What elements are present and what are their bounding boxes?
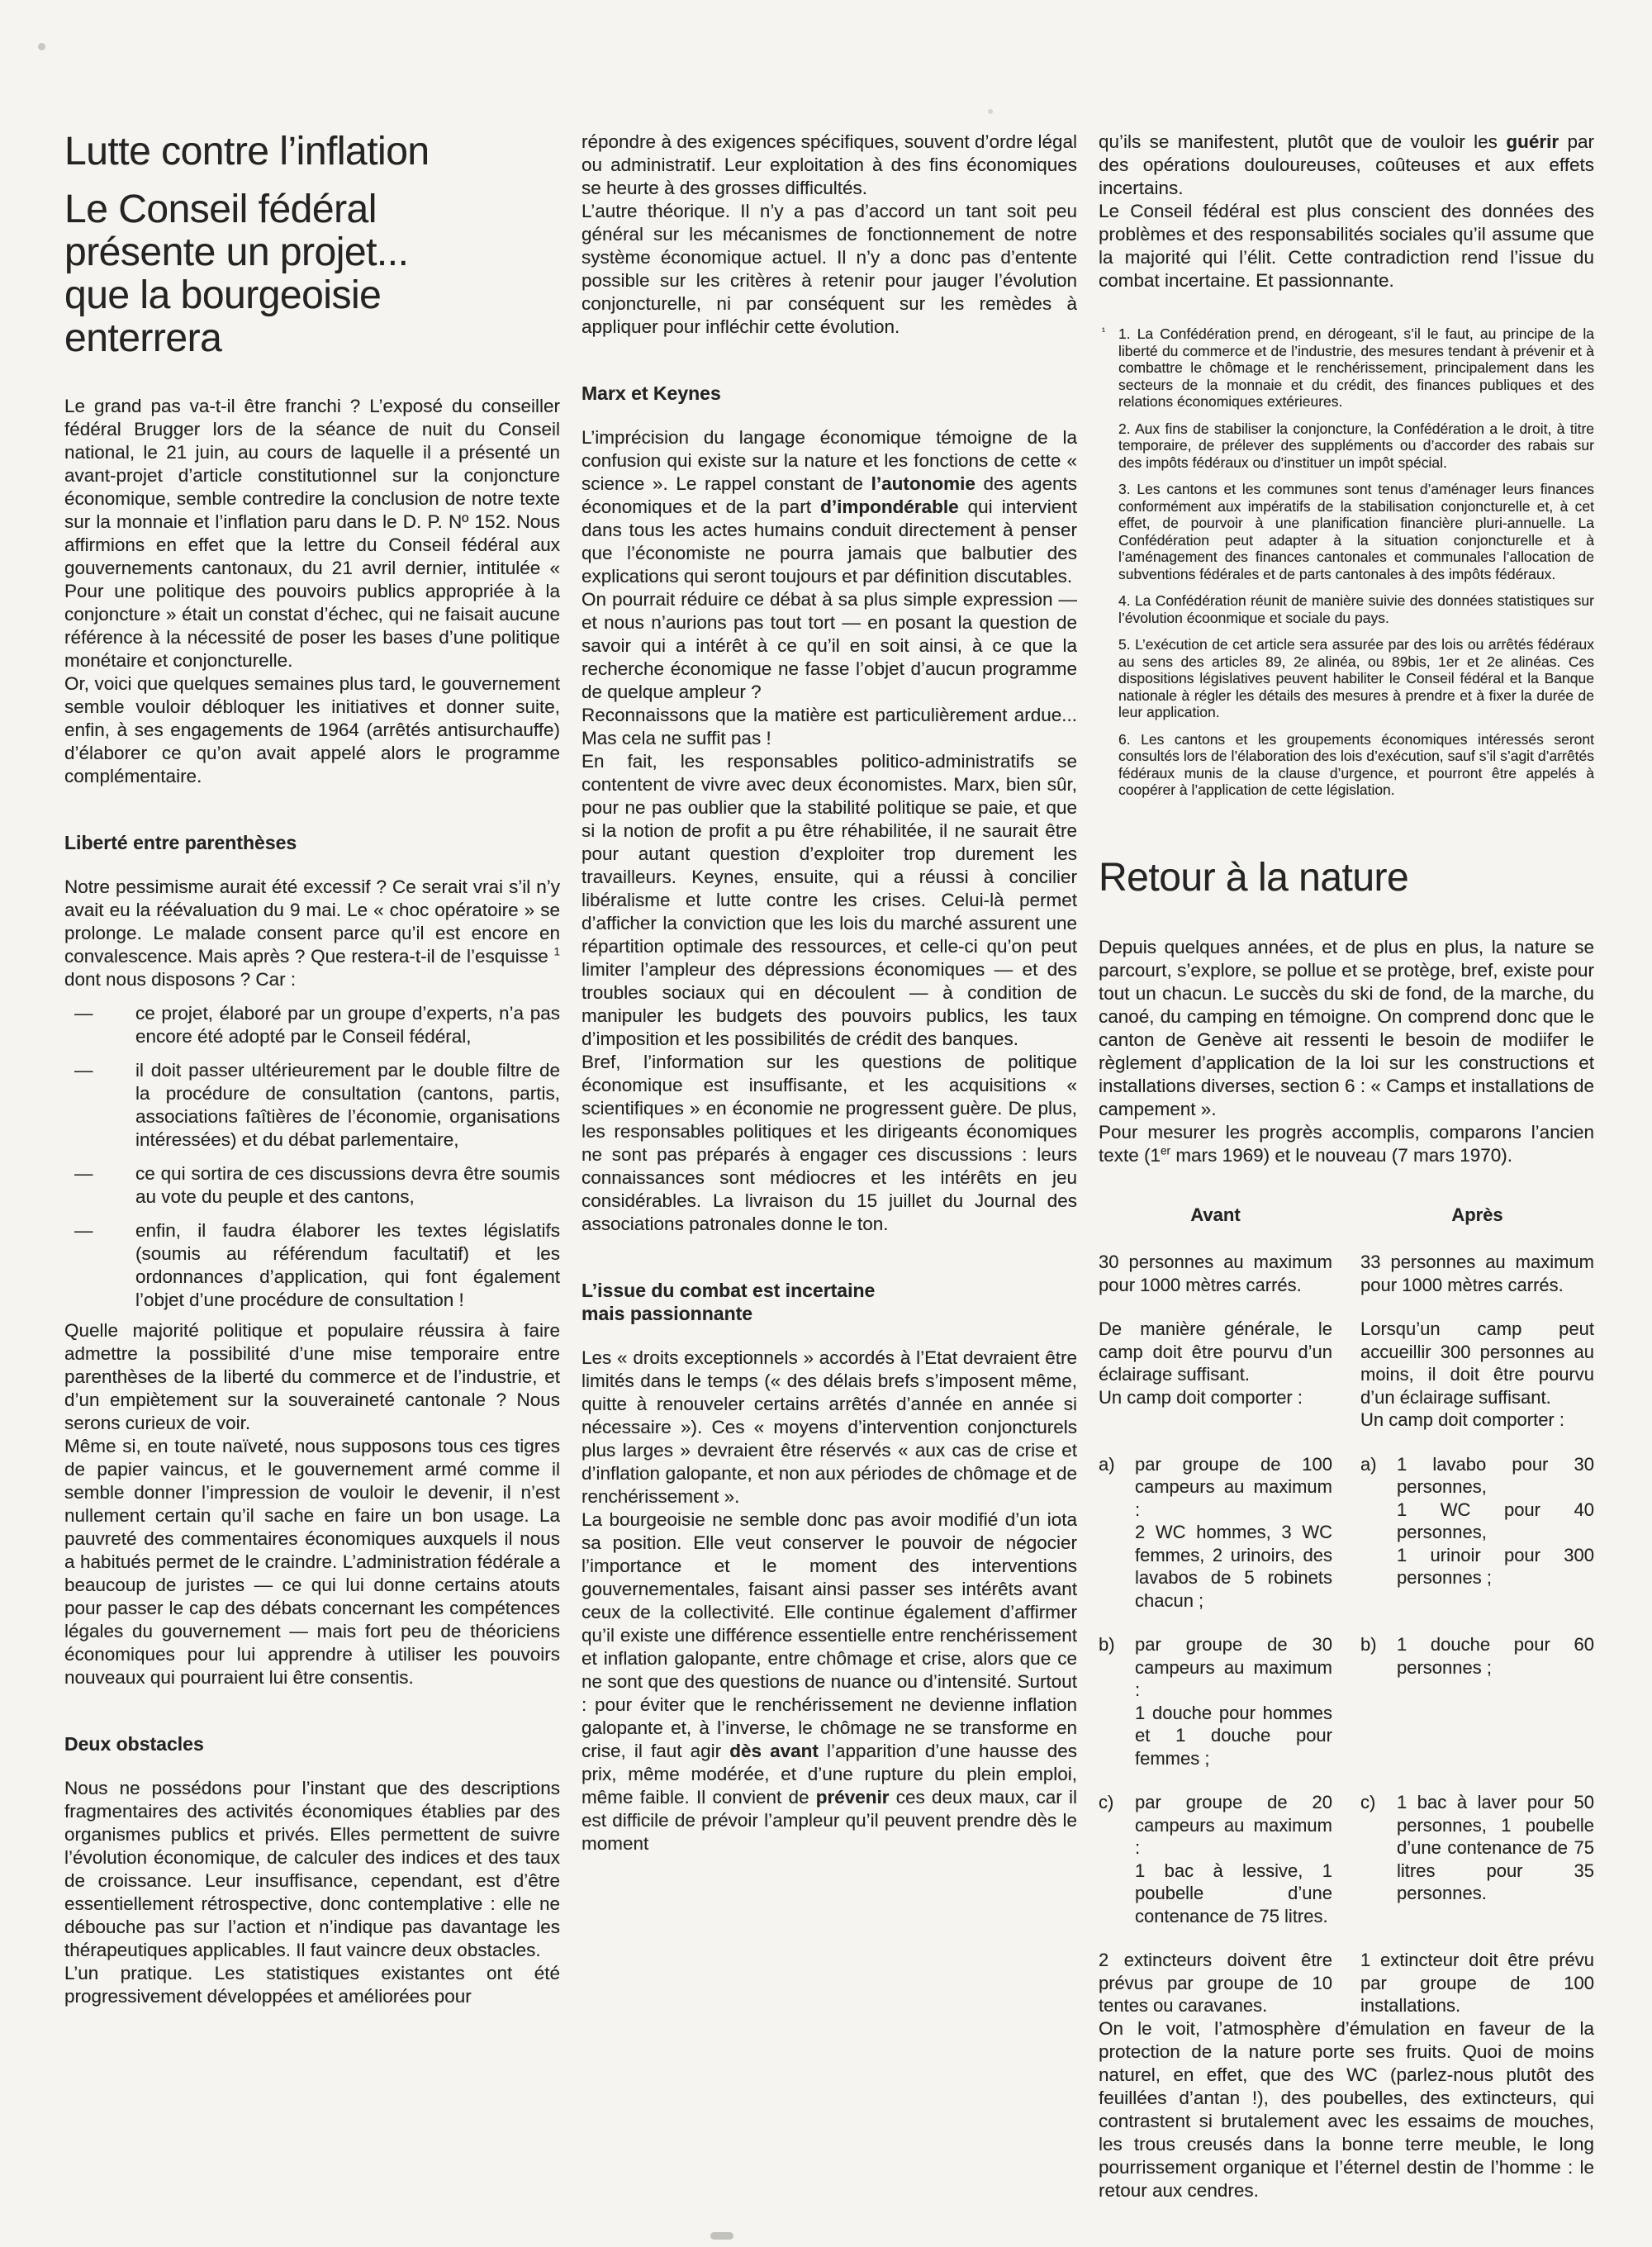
avant-item-b: b) par groupe de 30 campeurs au maximum … — [1099, 1633, 1332, 1770]
apres-header: Après — [1360, 1204, 1594, 1227]
footnote-1: ¹1. La Confédération prend, en dérogeant… — [1099, 325, 1594, 411]
section-heading-issue-combat: L’issue du combat est incertaine mais pa… — [582, 1279, 1077, 1325]
bullet-item: — ce projet, élaboré par un groupe d’exp… — [64, 1002, 560, 1048]
column-right: qu’ils se manifestent, plutôt que de vou… — [1099, 131, 1594, 2202]
apres-row-capacity: 33 personnes au maximum pour 1000 mètres… — [1360, 1251, 1594, 1296]
section-heading-deux-obstacles: Deux obstacles — [64, 1732, 560, 1755]
paragraph: Les « droits exceptionnels » accordés à … — [582, 1347, 1077, 1508]
bullet-dash: — — [64, 1059, 135, 1152]
page: Lutte contre l’inflation Le Conseil fédé… — [0, 0, 1652, 2247]
paragraph: Notre pessimisme aurait été excessif ? C… — [64, 876, 560, 991]
footnote-reference: 1 — [553, 946, 560, 958]
paragraph: Quelle majorité politique et populaire r… — [64, 1319, 560, 1435]
apres-row-general: Lorsqu’un camp peut accueillir 300 perso… — [1360, 1318, 1594, 1432]
bullet-item: — ce qui sortira de ces discussions devr… — [64, 1162, 560, 1209]
section-heading-marx-keynes: Marx et Keynes — [582, 382, 1077, 405]
kicker-title: Lutte contre l’inflation — [64, 131, 560, 173]
paragraph: qu’ils se manifestent, plutôt que de vou… — [1099, 131, 1594, 200]
footnote-6: 6. Les cantons et les groupements économ… — [1099, 731, 1594, 799]
paragraph: Bref, l’information sur les questions de… — [582, 1051, 1077, 1236]
paragraph: L’imprécision du langage économique témo… — [582, 426, 1077, 588]
avant-row-extincteurs: 2 extincteurs doivent être prévus par gr… — [1099, 1949, 1332, 2017]
paper-speck — [988, 109, 993, 114]
section-heading-liberte: Liberté entre parenthèses — [64, 831, 560, 854]
item-marker: a) — [1099, 1453, 1135, 1613]
paragraph: Le Conseil fédéral est plus conscient de… — [1099, 200, 1594, 292]
paragraph: Depuis quelques années, et de plus en pl… — [1099, 936, 1594, 1121]
column-middle: répondre à des exigences spécifiques, so… — [582, 131, 1077, 2202]
bold-text: d’impondérable — [820, 496, 959, 517]
paragraph: On pourrait réduire ce débat à sa plus s… — [582, 588, 1077, 704]
paragraph: La bourgeoisie ne semble donc pas avoir … — [582, 1508, 1077, 1855]
paragraph: L’un pratique. Les statistiques existant… — [64, 1962, 560, 2008]
three-column-layout: Lutte contre l’inflation Le Conseil fédé… — [64, 131, 1594, 2202]
bullet-dash: — — [64, 1162, 135, 1209]
footnote-3: 3. Les cantons et les communes sont tenu… — [1099, 481, 1594, 582]
article-header: Lutte contre l’inflation Le Conseil fédé… — [64, 131, 560, 360]
bullet-item: — enfin, il faudra élaborer les textes l… — [64, 1219, 560, 1312]
paragraph: Or, voici que quelques semaines plus tar… — [64, 672, 560, 788]
footnote-5: 5. L’exécution de cet article sera assur… — [1099, 636, 1594, 721]
item-marker: c) — [1360, 1791, 1397, 1927]
apres-item-b: b) 1 douche pour 60 personnes ; — [1360, 1633, 1594, 1770]
item-marker: b) — [1099, 1633, 1135, 1770]
apres-item-c: c) 1 bac à laver pour 50 personnes, 1 po… — [1360, 1791, 1594, 1927]
avant-row-general: De manière générale, le camp doit être p… — [1099, 1318, 1332, 1432]
paragraph: Le grand pas va-t-il être franchi ? L’ex… — [64, 395, 560, 672]
comparison-table: Avant Après 30 personnes au maximum pour… — [1099, 1204, 1594, 2017]
footnote-4: 4. La Confédération réunit de manière su… — [1099, 592, 1594, 626]
paper-speck — [38, 43, 45, 50]
paragraph: répondre à des exigences spécifiques, so… — [582, 131, 1077, 200]
bold-text: guérir — [1506, 131, 1559, 152]
apres-row-extincteurs: 1 extincteur doit être prévu par groupe … — [1360, 1949, 1594, 2017]
footnotes: ¹1. La Confédération prend, en dérogeant… — [1099, 325, 1594, 799]
paragraph: L’autre théorique. Il n’y a pas d’accord… — [582, 200, 1077, 339]
article-headline-retour-nature: Retour à la nature — [1099, 857, 1594, 900]
paper-speck — [710, 2232, 733, 2240]
footnote-2: 2. Aux fins de stabiliser la conjoncture… — [1099, 420, 1594, 472]
footnote-marker: ¹ — [1102, 323, 1105, 340]
item-marker: c) — [1099, 1791, 1135, 1927]
avant-header: Avant — [1099, 1204, 1332, 1227]
bullet-dash: — — [64, 1219, 135, 1312]
paragraph: En fait, les responsables politico-admin… — [582, 750, 1077, 1051]
main-title: Le Conseil fédéral présente un projet...… — [64, 188, 560, 360]
bold-text: prévenir — [816, 1787, 890, 1808]
paragraph: Reconnaissons que la matière est particu… — [582, 704, 1077, 750]
avant-row-capacity: 30 personnes au maximum pour 1000 mètres… — [1099, 1251, 1332, 1296]
ordinal-superscript: er — [1161, 1144, 1170, 1157]
paragraph: Même si, en toute naïveté, nous supposon… — [64, 1435, 560, 1689]
paragraph: Pour mesurer les progrès accomplis, comp… — [1099, 1121, 1594, 1167]
title-line: enterrera — [64, 317, 560, 360]
title-line: que la bourgeoisie — [64, 274, 560, 317]
bold-text: dès avant — [729, 1741, 819, 1761]
avant-item-c: c) par groupe de 20 campeurs au maximum … — [1099, 1791, 1332, 1927]
bold-text: l’autonomie — [871, 473, 976, 494]
column-left: Lutte contre l’inflation Le Conseil fédé… — [64, 131, 560, 2202]
item-marker: b) — [1360, 1633, 1397, 1770]
paragraph: Nous ne possédons pour l’instant que des… — [64, 1777, 560, 1962]
bullet-dash: — — [64, 1002, 135, 1048]
final-paragraph: On le voit, l’atmosphère d’émulation en … — [1099, 2017, 1594, 2202]
item-marker: a) — [1360, 1453, 1397, 1613]
apres-item-a: a) 1 lavabo pour 30 personnes, 1 WC pour… — [1360, 1453, 1594, 1613]
bullet-item: — il doit passer ultérieurement par le d… — [64, 1059, 560, 1152]
avant-item-a: a) par groupe de 100 campeurs au maximum… — [1099, 1453, 1332, 1613]
title-line: présente un projet... — [64, 231, 560, 274]
title-line: Le Conseil fédéral — [64, 188, 560, 231]
